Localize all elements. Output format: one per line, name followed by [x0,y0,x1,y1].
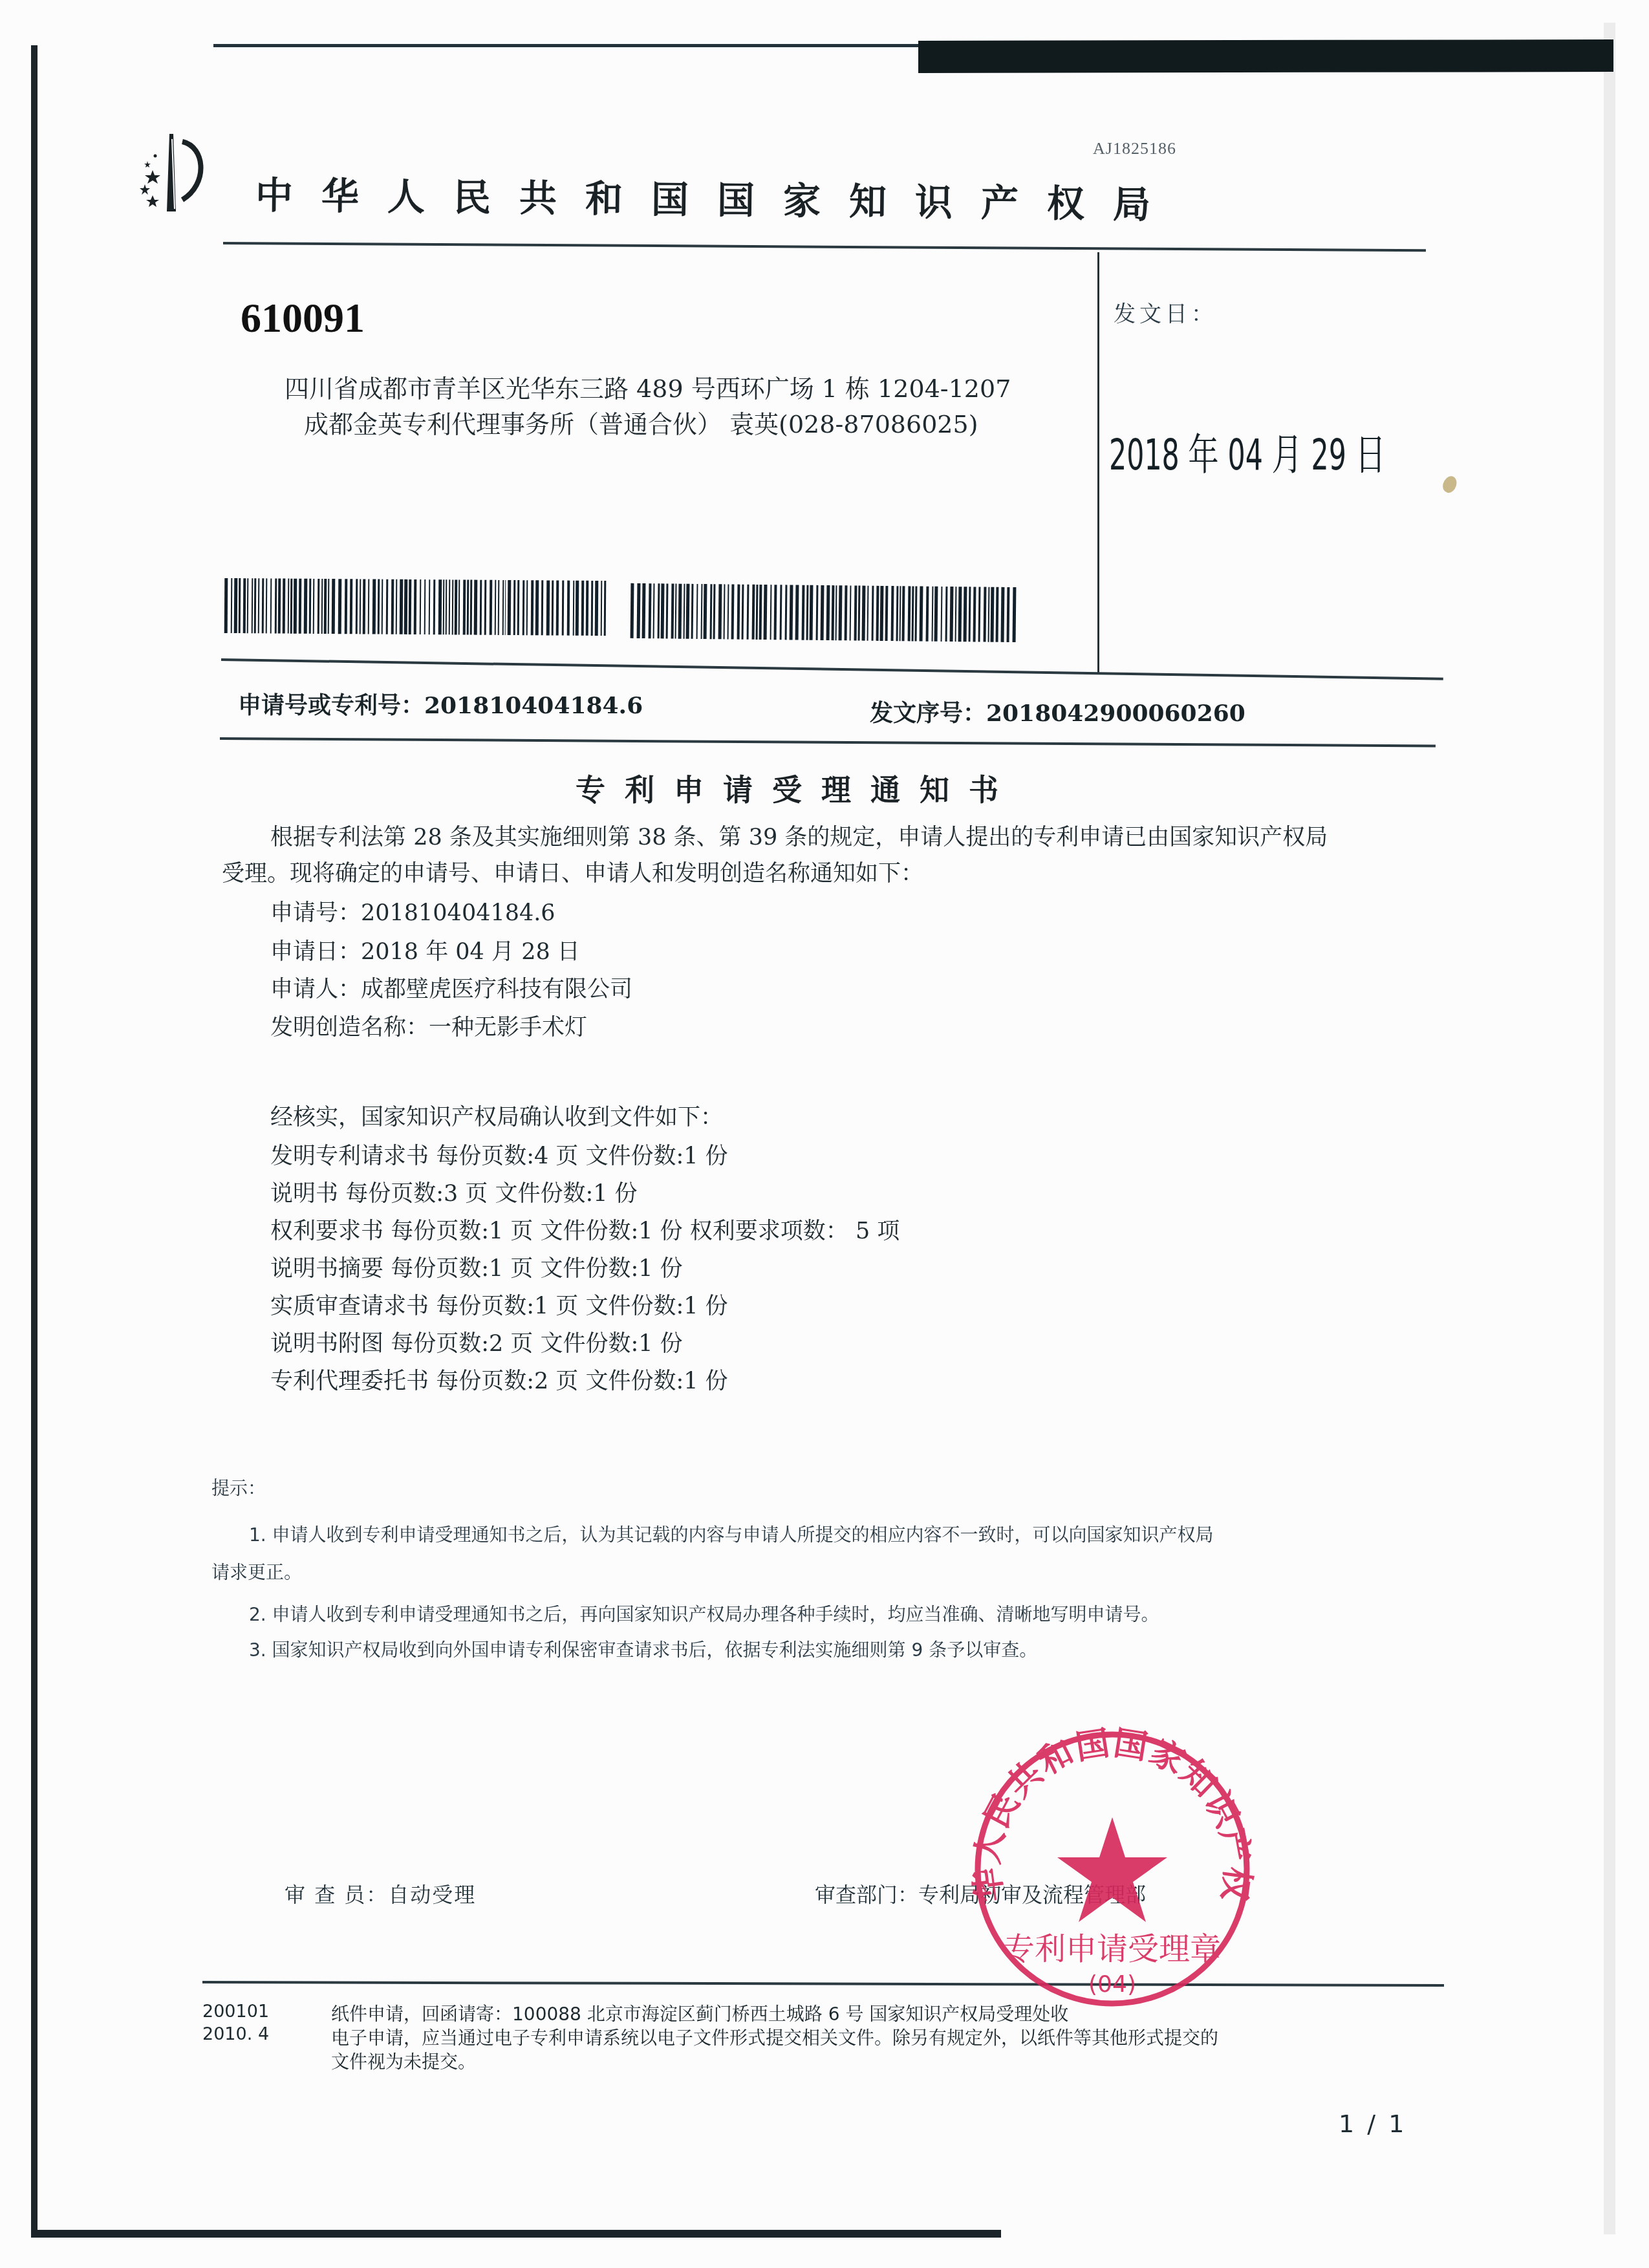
reference-divider [220,737,1436,747]
field-value: 一种无影手术灯 [429,1015,587,1041]
paper-stain [1440,474,1460,495]
document-serial: 2018042900060260 [986,700,1245,727]
received-file-row: 说明书附图 每份页数:2 页 文件份数:1 份 [270,1326,683,1358]
field-invention-title: 发明创造名称：一种无影手术灯 [270,1017,587,1039]
form-code: 200101 [202,2002,269,2022]
received-file-row: 实质审查请求书 每份页数:1 页 文件份数:1 份 [270,1288,728,1321]
field-label: 申请号： [270,900,361,926]
scanned-document-page: 中华人民共和国国家知识产权局 AJ1825186 610091 四川省成都市青羊… [0,0,1649,2268]
field-value: 201810404184.6 [361,900,555,926]
received-file-row: 说明书 每份页数:3 页 文件份数:1 份 [270,1176,638,1208]
issue-date: 2018 年 04 月 29 日 [1109,420,1386,482]
notice-title: 专利申请受理通知书 [576,766,1018,809]
received-file-row: 权利要求书 每份页数:1 页 文件份数:1 份 权利要求项数： 5 项 [270,1213,900,1246]
document-serial-label: 发文序号： [870,700,986,727]
received-file-row: 说明书摘要 每份页数:1 页 文件份数:1 份 [270,1251,683,1283]
application-number: 201810404184.6 [424,692,643,719]
tips-heading: 提示： [211,1474,266,1500]
field-value: 2018 年 04 月 28 日 [361,939,580,965]
examiner-name: 自动受理 [388,1883,476,1907]
organization-title: 中华人民共和国国家知识产权局 [255,165,1323,230]
field-label: 申请日： [270,939,361,965]
recipient-address: 四川省成都市青羊区光华东三路 489 号西环广场 1 栋 1204-1207 [285,369,1011,404]
field-label: 发明创造名称： [270,1015,429,1041]
notice-intro-line2: 受理。现将确定的申请号、申请日、申请人和发明创造名称通知如下： [222,863,923,885]
examiner-line: 审 查 员：自动受理 [285,1879,476,1908]
footer-paper-filing: 纸件申请，回函请寄：100088 北京市海淀区蓟门桥西土城路 6 号 国家知识产… [331,2000,1068,2026]
frame-top-bar [918,39,1613,73]
tip-3: 3. 国家知识产权局收到向外国申请专利保密审查请求书后，依据专利法实施细则第 9… [249,1636,1037,1662]
department-label: 审查部门： [815,1883,918,1907]
frame-left-border [31,45,38,2238]
page-indicator: 1 / 1 [1339,2110,1406,2138]
footer-electronic-filing: 电子申请，应当通过电子专利申请系统以电子文件形式提交相关文件。除另有规定外，以纸… [331,2024,1218,2050]
barcode-divider [221,658,1443,680]
received-files-heading: 经核实，国家知识产权局确认收到文件如下： [270,1099,723,1132]
postcode: 610091 [241,294,365,342]
field-applicant: 申请人：成都壁虎医疗科技有限公司 [270,978,632,1001]
field-value: 成都壁虎医疗科技有限公司 [361,977,632,1002]
serial-code: AJ1825186 [1093,139,1176,158]
tip-1: 1. 申请人收到专利申请受理通知书之后，认为其记载的内容与申请人所提交的相应内容… [249,1521,1214,1547]
examiner-label: 审 查 员： [285,1883,388,1907]
received-file-row: 发明专利请求书 每份页数:4 页 文件份数:1 份 [270,1138,728,1171]
tip-1-continued: 请求更正。 [211,1559,302,1584]
received-file-row: 专利代理委托书 每份页数:2 页 文件份数:1 份 [270,1363,728,1396]
barcode-left [224,578,610,636]
sipo-emblem-icon [136,133,210,213]
issue-date-label: 发文日： [1114,296,1217,328]
tip-2: 2. 申请人收到专利申请受理通知书之后，再向国家知识产权局办理各种手续时，均应当… [249,1601,1159,1626]
svg-text:(04): (04) [1088,1971,1136,1998]
application-number-label: 申请号或专利号： [238,692,424,719]
column-divider [1097,252,1099,673]
official-seal-stamp: 中华人民共和国国家知识产权局 专利申请受理章 (04) [964,1720,1261,2018]
frame-bottom-border [31,2230,1001,2238]
form-date: 2010. 4 [202,2024,269,2044]
frame-top-border [213,44,925,47]
recipient-agency: 成都金英专利代理事务所（普通合伙） 袁英(028-87086025) [304,404,978,440]
header-divider [223,242,1426,252]
svg-text:专利申请受理章: 专利申请受理章 [1004,1931,1221,1967]
field-label: 申请人： [270,977,361,1002]
barcode-left-b [630,583,1019,642]
application-number-line: 申请号或专利号：201810404184.6 [238,687,643,720]
field-application-number: 申请号：201810404184.6 [270,902,555,925]
footer-electronic-filing-cont: 文件视为未提交。 [331,2048,476,2074]
document-serial-line: 发文序号：2018042900060260 [870,695,1245,728]
scan-edge [1604,23,1615,2234]
field-application-date: 申请日：2018 年 04 月 28 日 [270,941,580,964]
notice-intro-line1: 根据专利法第 28 条及其实施细则第 38 条、第 39 条的规定，申请人提出的… [270,826,1328,849]
